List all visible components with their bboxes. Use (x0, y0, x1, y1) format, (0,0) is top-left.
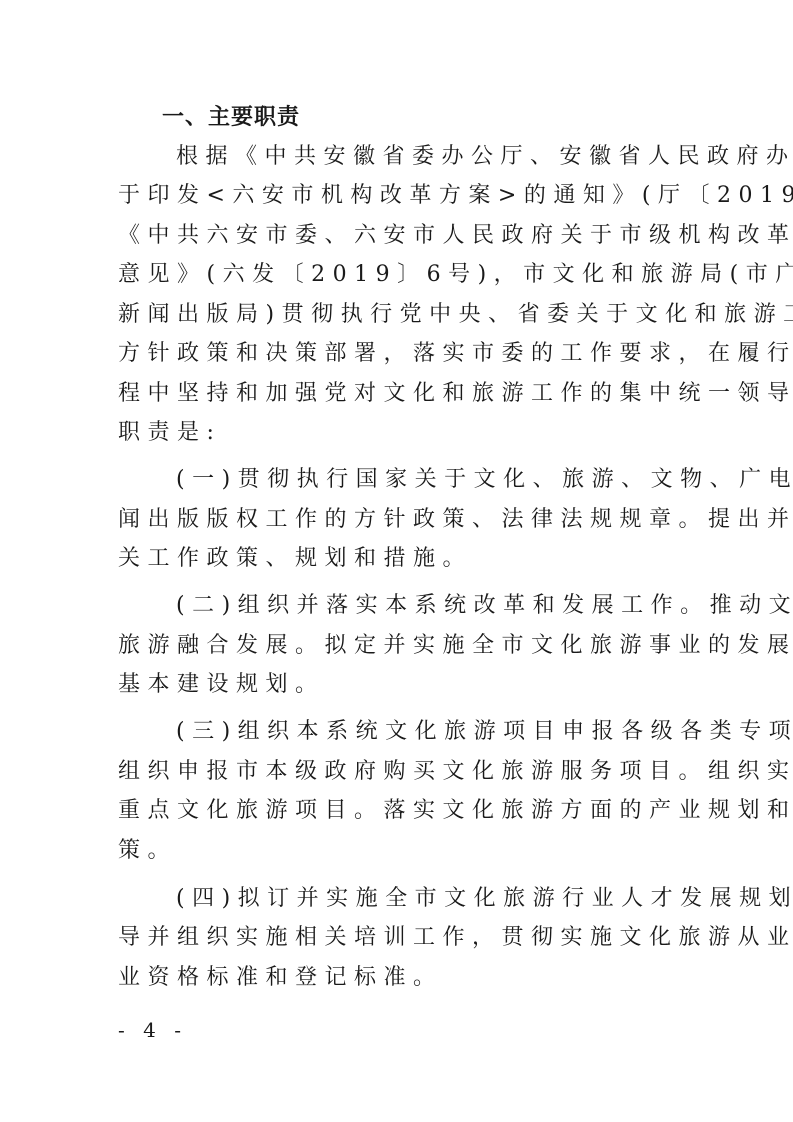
list-item-line: (三)组织本系统文化旅游项目申报各级各类专项资金。 (176, 717, 684, 747)
document-page: 一、主要职责 根据《中共安徽省委办公厅、安徽省人民政府办公厅关 于印发<六安市机… (0, 0, 793, 1122)
paragraph-line: 职责是: (118, 418, 684, 448)
list-item-line: 旅游融合发展。拟定并实施全市文化旅游事业的发展规划和 (118, 631, 684, 661)
list-item-line: (二)组织并落实本系统改革和发展工作。推动文化和 (176, 591, 684, 621)
list-item-line: 导并组织实施相关培训工作，贯彻实施文化旅游从业人员职 (118, 923, 684, 953)
page-number: - 4 - (118, 1017, 187, 1043)
paragraph-line: 新闻出版局)贯彻执行党中央、省委关于文化和旅游工作的 (118, 300, 684, 330)
section-heading: 一、主要职责 (162, 103, 300, 133)
paragraph-line: 方针政策和决策部署，落实市委的工作要求，在履行职责过 (118, 339, 684, 369)
paragraph-line: 根据《中共安徽省委办公厅、安徽省人民政府办公厅关 (176, 142, 684, 172)
paragraph-line: 程中坚持和加强党对文化和旅游工作的集中统一领导。主要 (118, 379, 684, 409)
list-item-line: 关工作政策、规划和措施。 (118, 544, 684, 574)
list-item-line: 闻出版版权工作的方针政策、法律法规规章。提出并落实有 (118, 505, 684, 535)
list-item-line: (四)拟订并实施全市文化旅游行业人才发展规划。指 (176, 884, 684, 914)
paragraph-line: 意见》(六发〔2019〕6号)，市文化和旅游局(市广播电视 (118, 260, 684, 290)
list-item-line: (一)贯彻执行国家关于文化、旅游、文物、广电、新 (176, 465, 684, 495)
list-item-line: 策。 (118, 836, 684, 866)
list-item-line: 业资格标准和登记标准。 (118, 963, 684, 993)
list-item-line: 重点文化旅游项目。落实文化旅游方面的产业规划和经济政 (118, 796, 684, 826)
list-item-line: 基本建设规划。 (118, 670, 684, 700)
list-item-line: 组织申报市本级政府购买文化旅游服务项目。组织实施全市 (118, 757, 684, 787)
paragraph-line: 《中共六安市委、六安市人民政府关于市级机构改革的实施 (118, 221, 684, 251)
paragraph-line: 于印发<六安市机构改革方案>的通知》(厅〔2019〕9号)和 (118, 181, 684, 211)
